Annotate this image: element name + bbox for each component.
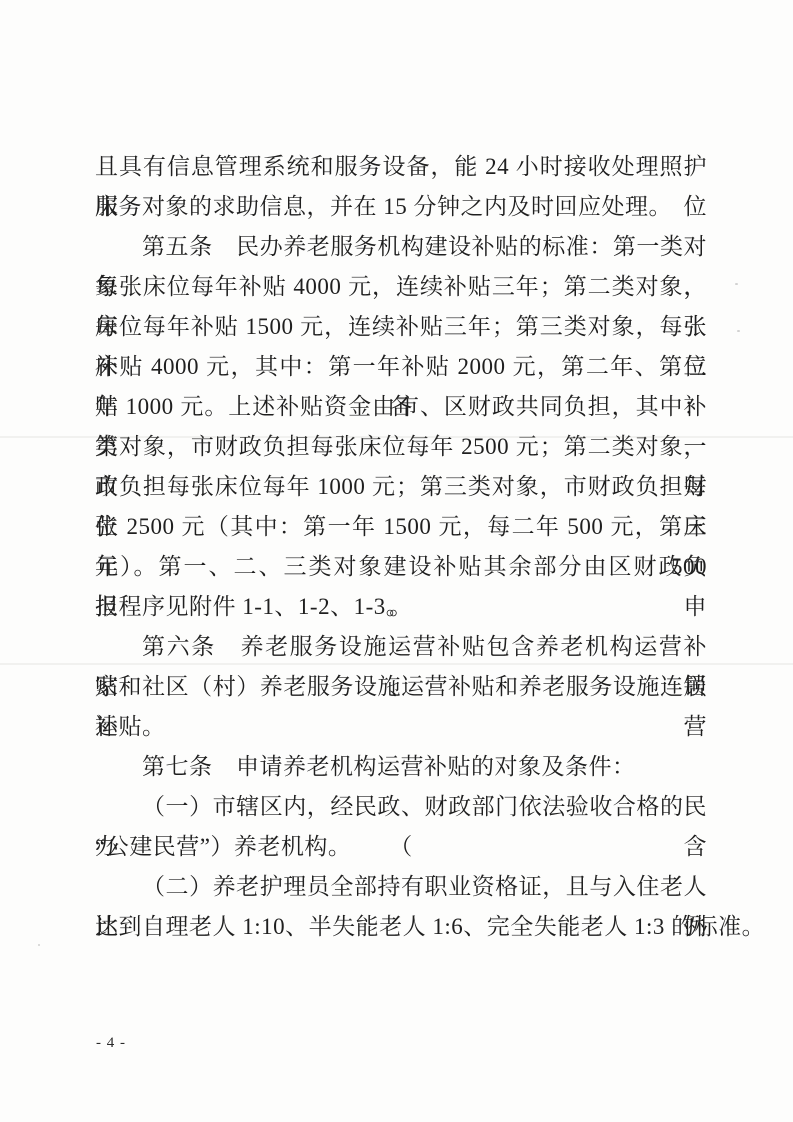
document-page: 且具有信息管理系统和服务设备，能 24 小时接收处理照护床位服务对象的求助信息，… — [0, 0, 793, 1122]
scan-artifact-line — [0, 663, 793, 665]
text-line: 第六条 养老服务设施运营补贴包含养老机构运营补贴、居 — [95, 627, 707, 667]
text-line: （一）市辖区内，经民政、财政部门依法验收合格的民办（含 — [95, 787, 707, 827]
text-line: 位 2500 元（其中：第一年 1500 元，每二年 500 元，第三年 500 — [95, 507, 707, 547]
text-line: 家和社区（村）养老服务设施运营补贴和养老服务设施连锁运营 — [95, 667, 707, 707]
text-line: 且具有信息管理系统和服务设备，能 24 小时接收处理照护床位 — [95, 147, 707, 187]
text-line: 床位每年补贴 1500 元，连续补贴三年；第三类对象，每张床位 — [95, 307, 707, 347]
scan-speck — [38, 944, 40, 946]
text-line: 第七条 申请养老机构运营补贴的对象及条件： — [95, 747, 707, 787]
text-line: 元）。第一、二、三类对象建设补贴其余部分由区财政负担。申 — [95, 547, 707, 587]
scan-artifact-line — [0, 436, 793, 438]
text-line: 达到自理老人 1:10、半失能老人 1:6、完全失能老人 1:3 的标准。 — [95, 907, 707, 947]
scan-speck — [735, 283, 738, 285]
text-line: 每张床位每年补贴 4000 元，连续补贴三年；第二类对象，每张 — [95, 267, 707, 307]
page-number: - 4 - — [96, 1035, 126, 1052]
text-line: 贴 1000 元。上述补贴资金由市、区财政共同负担，其中：第一 — [95, 387, 707, 427]
text-line: 服务对象的求助信息，并在 15 分钟之内及时回应处理。 — [95, 187, 707, 227]
text-line: （二）养老护理员全部持有职业资格证，且与入住老人比例 — [95, 867, 707, 907]
text-line: 第五条 民办养老服务机构建设补贴的标准：第一类对象， — [95, 227, 707, 267]
text-line: 类对象，市财政负担每张床位每年 2500 元；第二类对象，市财 — [95, 427, 707, 467]
text-block: 且具有信息管理系统和服务设备，能 24 小时接收处理照护床位服务对象的求助信息，… — [95, 147, 707, 947]
text-line: 政负担每张床位每年 1000 元；第三类对象，市财政负担每张床 — [95, 467, 707, 507]
scan-speck — [737, 330, 740, 332]
text-line: 补贴 4000 元，其中：第一年补贴 2000 元，第二年、第三年各补 — [95, 347, 707, 387]
